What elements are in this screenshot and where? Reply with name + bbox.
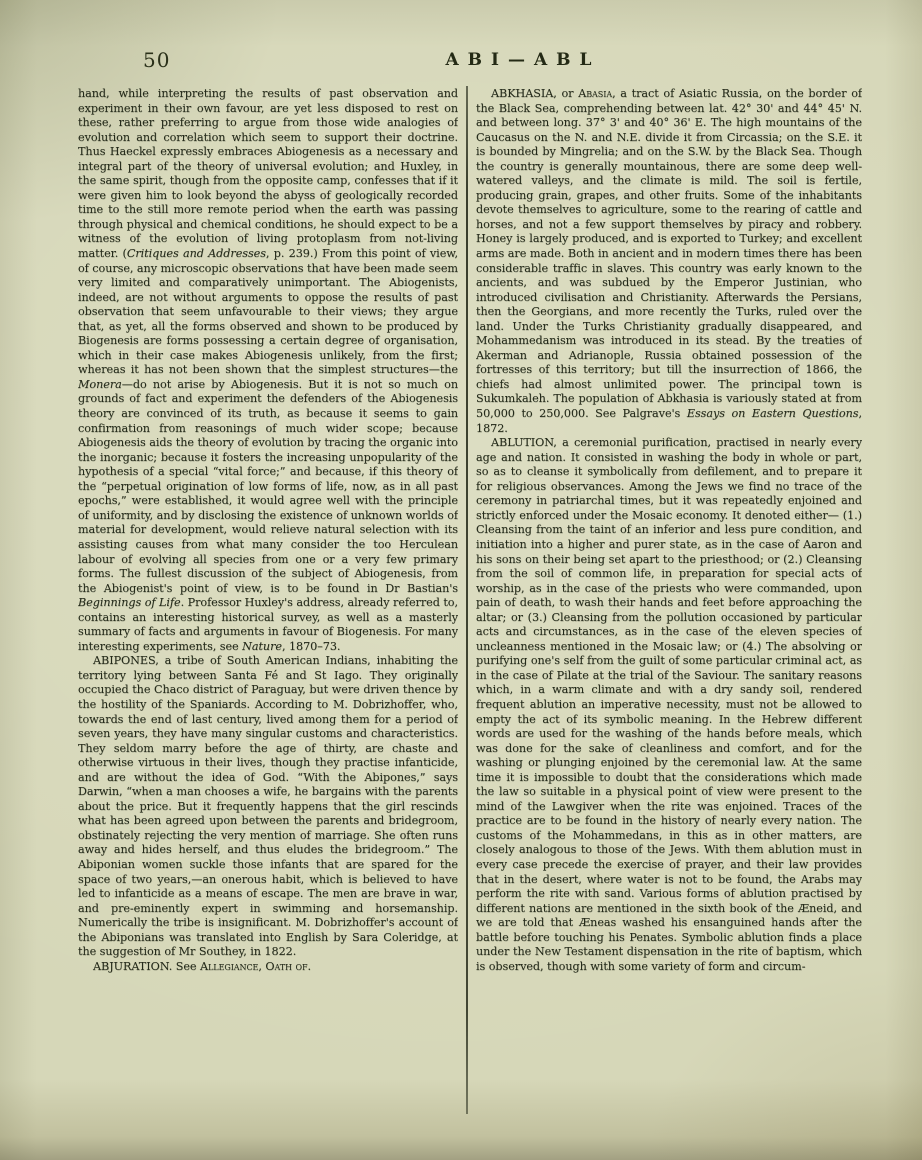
article-abiogenesis-continuation: hand, while interpreting the results of …	[78, 87, 458, 654]
page-number: 50	[143, 48, 170, 72]
article-abipones: ABIPONES, a tribe of South American Indi…	[78, 654, 458, 959]
running-head: ABI—ABL	[445, 50, 600, 70]
column-divider-rule	[466, 86, 468, 1114]
right-column: ABKHASIA, or Abasia, a tract of Asiatic …	[476, 87, 862, 1133]
article-ablution: ABLUTION, a ceremonial purification, pra…	[476, 436, 862, 974]
left-column: hand, while interpreting the results of …	[78, 87, 458, 1133]
article-abkhasia: ABKHASIA, or Abasia, a tract of Asiatic …	[476, 87, 862, 436]
article-abjuration: ABJURATION. See Allegiance, Oath of.	[78, 960, 458, 975]
scanned-encyclopedia-page: 50 ABI—ABL hand, while interpreting the …	[0, 0, 922, 1160]
